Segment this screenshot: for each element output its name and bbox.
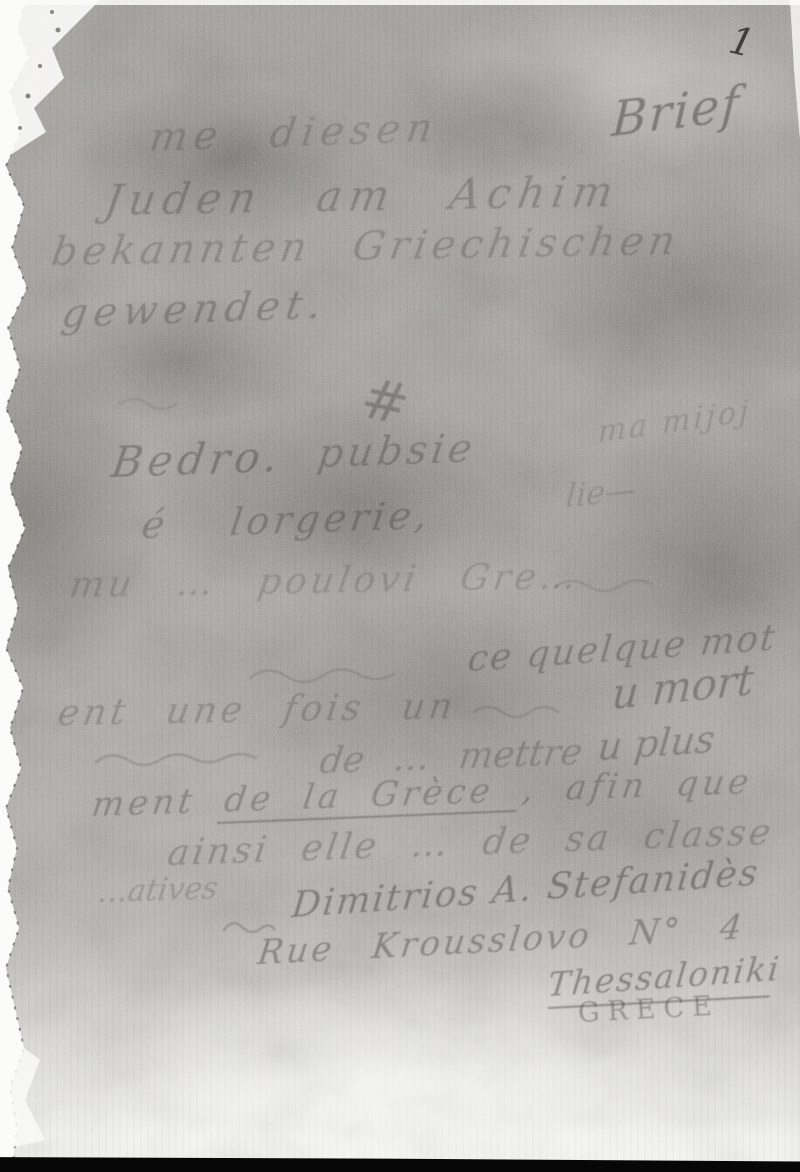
scanned-letter-page: { "page_number": "1", "hash_mark": "#", … bbox=[0, 0, 800, 1172]
torn-edge bbox=[0, 0, 800, 1172]
